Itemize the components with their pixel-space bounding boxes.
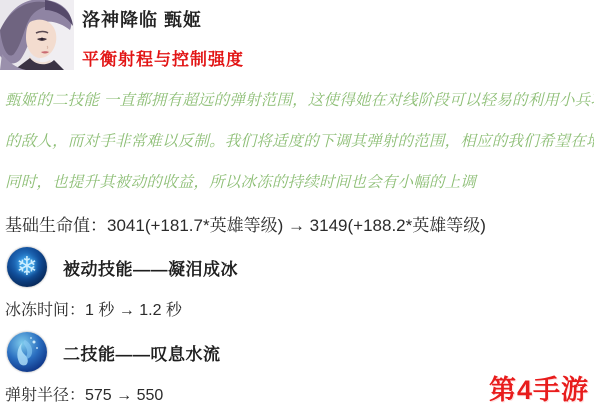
zhenji-portrait-art [0, 0, 74, 70]
freeze-duration-change: 冰冻时间：1 秒 → 1.2 秒 [5, 297, 182, 320]
skill2-header: 二技能——叹息水流 [7, 332, 221, 372]
designer-notes: 甄姬的二技能 一直都拥有超远的弹射范围，这使得她在对线阶段可以轻易的利用小兵攻击… [5, 80, 593, 203]
passive-skill-header: ❄ 被动技能——凝泪成冰 [7, 247, 238, 287]
water-flow-icon [7, 332, 47, 372]
zhenji-portrait-image [0, 0, 74, 70]
designer-notes-line: 同时，也提升其被动的收益，所以冰冻的持续时间也会有小幅的上调 [5, 162, 593, 203]
page-title: 洛神降临 甄姬 [82, 6, 202, 32]
base-hp-change: 基础生命值：3041(+181.7*英雄等级) → 3149(+188.2*英雄… [5, 211, 486, 236]
designer-notes-line: 甄姬的二技能 一直都拥有超远的弹射范围，这使得她在对线阶段可以轻易的利用小兵攻击… [5, 80, 593, 121]
di4shouyou-watermark: 第4手游 [489, 368, 589, 407]
bounce-radius-change: 弹射半径：575 → 550 [5, 382, 163, 405]
snowflake-glyph: ❄ [16, 254, 38, 280]
water-flow-art [7, 332, 47, 372]
balance-subtitle: 平衡射程与控制强度 [82, 45, 244, 70]
passive-skill-name: 被动技能——凝泪成冰 [63, 255, 238, 280]
snowflake-icon: ❄ [7, 247, 47, 287]
article-page: 洛神降临 甄姬 平衡射程与控制强度 甄姬的二技能 一直都拥有超远的弹射范围，这使… [0, 0, 594, 408]
skill2-name: 二技能——叹息水流 [63, 340, 221, 365]
designer-notes-line: 的敌人，而对手非常难以反制。我们将适度的下调其弹射的范围，相应的我们希望在增加成… [5, 121, 593, 162]
